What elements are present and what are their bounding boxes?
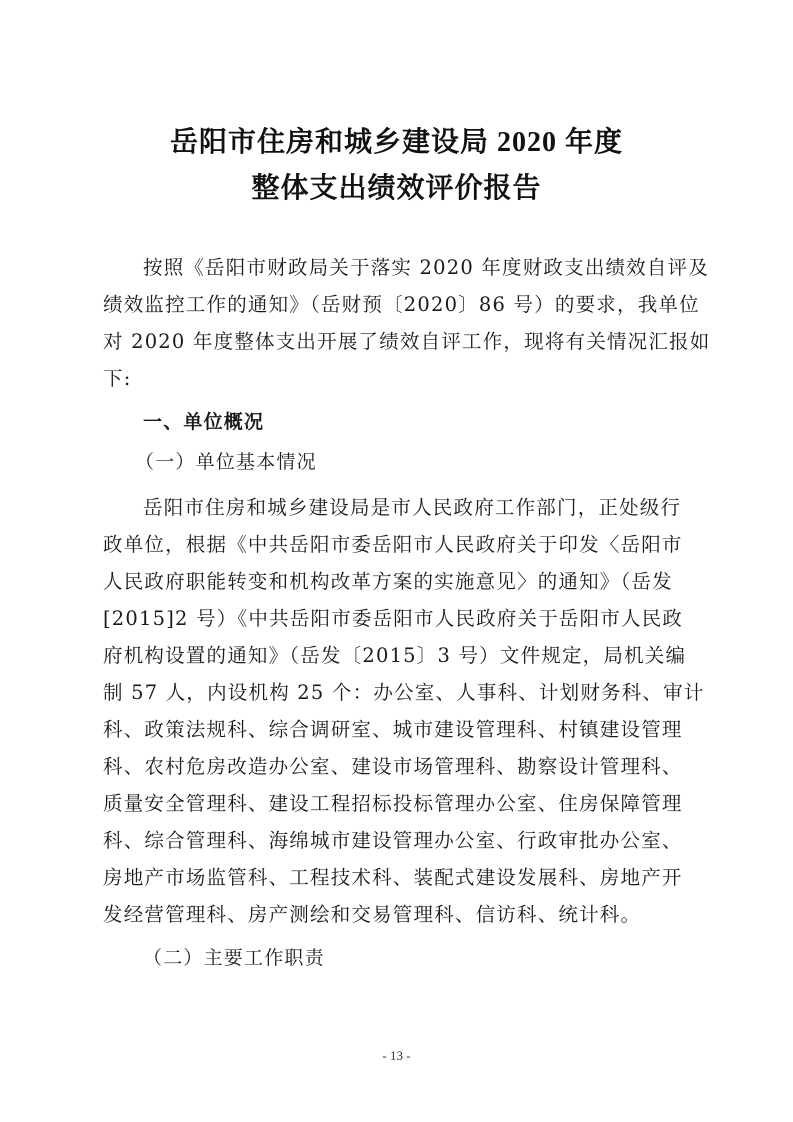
basic-info-line: 人民政府职能转变和机构改革方案的实施意见〉的通知》（岳发 (103, 569, 703, 595)
basic-info-line: 科、综合管理科、海绵城市建设管理办公室、行政审批办公室、 (103, 828, 703, 854)
intro-paragraph-line: 按照《岳阳市财政局关于落实 2020 年度财政支出绩效自评及 (143, 255, 743, 281)
basic-info-line: 科、农村危房改造办公室、建设市场管理科、勘察设计管理科、 (103, 754, 703, 780)
intro-paragraph-line: 对 2020 年度整体支出开展了绩效自评工作，现将有关情况汇报如 (103, 329, 703, 355)
basic-info-line: [2015]2 号）《中共岳阳市委岳阳市人民政府关于岳阳市人民政 (103, 606, 703, 632)
section-heading-unit-overview: 一、单位概况 (143, 409, 743, 435)
document-title-line-2: 整体支出绩效评价报告 (0, 166, 793, 206)
basic-info-line: 府机构设置的通知》（岳发〔2015〕3 号）文件规定，局机关编 (103, 643, 703, 669)
basic-info-line: 科、政策法规科、综合调研室、城市建设管理科、村镇建设管理 (103, 717, 703, 743)
basic-info-line: 房地产市场监管科、工程技术科、装配式建设发展科、房地产开 (103, 865, 703, 891)
subsection-heading-basic-info: （一）单位基本情况 (135, 449, 735, 475)
basic-info-line: 发经营管理科、房产测绘和交易管理科、信访科、统计科。 (103, 902, 703, 928)
basic-info-line: 岳阳市住房和城乡建设局是市人民政府工作部门，正处级行 (143, 495, 743, 521)
basic-info-line: 质量安全管理科、建设工程招标投标管理办公室、住房保障管理 (103, 791, 703, 817)
document-title-line-1: 岳阳市住房和城乡建设局 2020 年度 (0, 120, 793, 160)
basic-info-line: 制 57 人，内设机构 25 个：办公室、人事科、计划财务科、审计 (103, 680, 703, 706)
intro-paragraph-line: 绩效监控工作的通知》（岳财预〔2020〕86 号）的要求，我单位 (103, 292, 703, 318)
basic-info-line: 政单位，根据《中共岳阳市委岳阳市人民政府关于印发〈岳阳市 (103, 532, 703, 558)
intro-paragraph-line: 下: (103, 366, 703, 392)
subsection-heading-main-duties: （二）主要工作职责 (143, 945, 743, 971)
page-number: - 13 - (0, 1048, 793, 1064)
